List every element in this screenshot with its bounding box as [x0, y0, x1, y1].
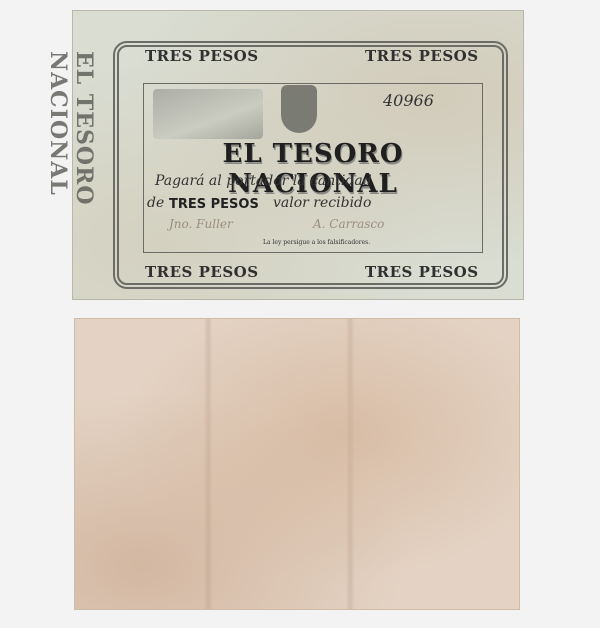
coat-of-arms-icon	[281, 85, 317, 133]
denomination-top-left: TRES PESOS	[145, 47, 259, 65]
note-title: EL TESORO NACIONAL	[148, 139, 478, 199]
denomination-bottom-left: TRES PESOS	[145, 263, 259, 281]
side-text: EL TESORO NACIONAL	[75, 51, 97, 291]
signature-right: A. Carrasco	[313, 217, 384, 231]
banknote-front: EL TESORO NACIONAL TRES PESOS TRES PESOS…	[72, 10, 524, 300]
promise-line: Pagará al portador la cantidad	[155, 173, 372, 189]
promise-prefix: de	[147, 195, 164, 211]
banknote-back	[74, 318, 520, 610]
allegory-vignette	[153, 89, 263, 139]
denomination-bottom-right: TRES PESOS	[365, 263, 479, 281]
promise-suffix: valor recibido	[273, 195, 371, 211]
denomination-top-right: TRES PESOS	[365, 47, 479, 65]
signature-left: Jno. Fuller	[169, 217, 233, 231]
serial-number: 40966	[383, 91, 434, 110]
amount-text: TRES PESOS	[169, 197, 259, 212]
legal-notice: La ley persigue a los falsificadores.	[263, 239, 370, 246]
